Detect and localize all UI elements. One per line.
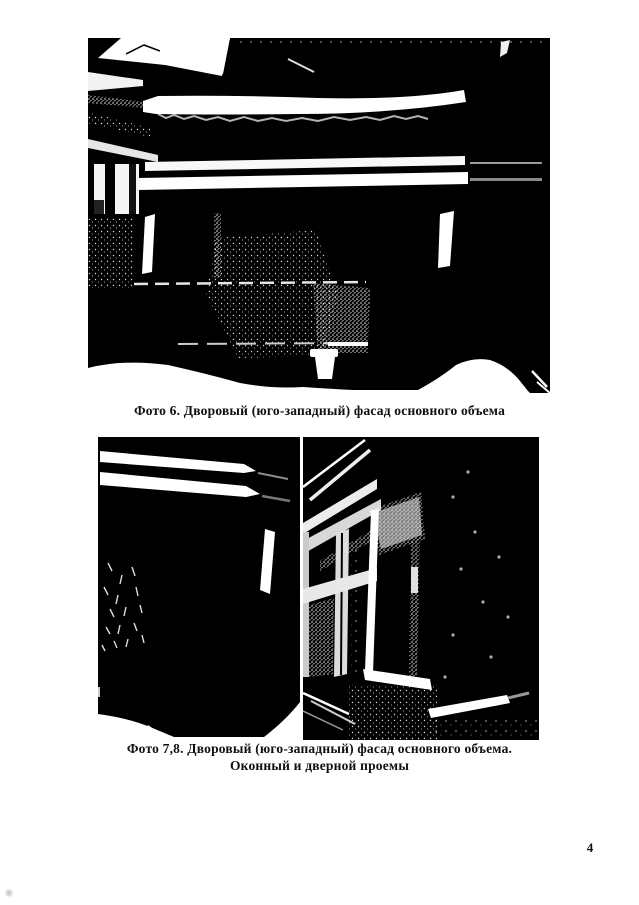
document-page: Фото 6. Дворовый (юго-западный) фасад ос…	[0, 0, 639, 905]
photo-7	[98, 437, 300, 737]
caption-line-1: Фото 7,8. Дворовый (юго-западный) фасад …	[0, 741, 639, 758]
caption-line-2: Оконный и дверной проемы	[0, 758, 639, 775]
photo-6	[88, 38, 550, 393]
scan-speck	[4, 889, 14, 897]
photo-7-image	[98, 437, 300, 737]
photo-6-caption: Фото 6. Дворовый (юго-западный) фасад ос…	[0, 403, 639, 419]
photo-6-image	[88, 38, 550, 393]
photo-8	[303, 437, 539, 740]
photo-7-8-caption: Фото 7,8. Дворовый (юго-западный) фасад …	[0, 741, 639, 774]
photo-8-image	[303, 437, 539, 740]
page-number: 4	[578, 840, 602, 856]
